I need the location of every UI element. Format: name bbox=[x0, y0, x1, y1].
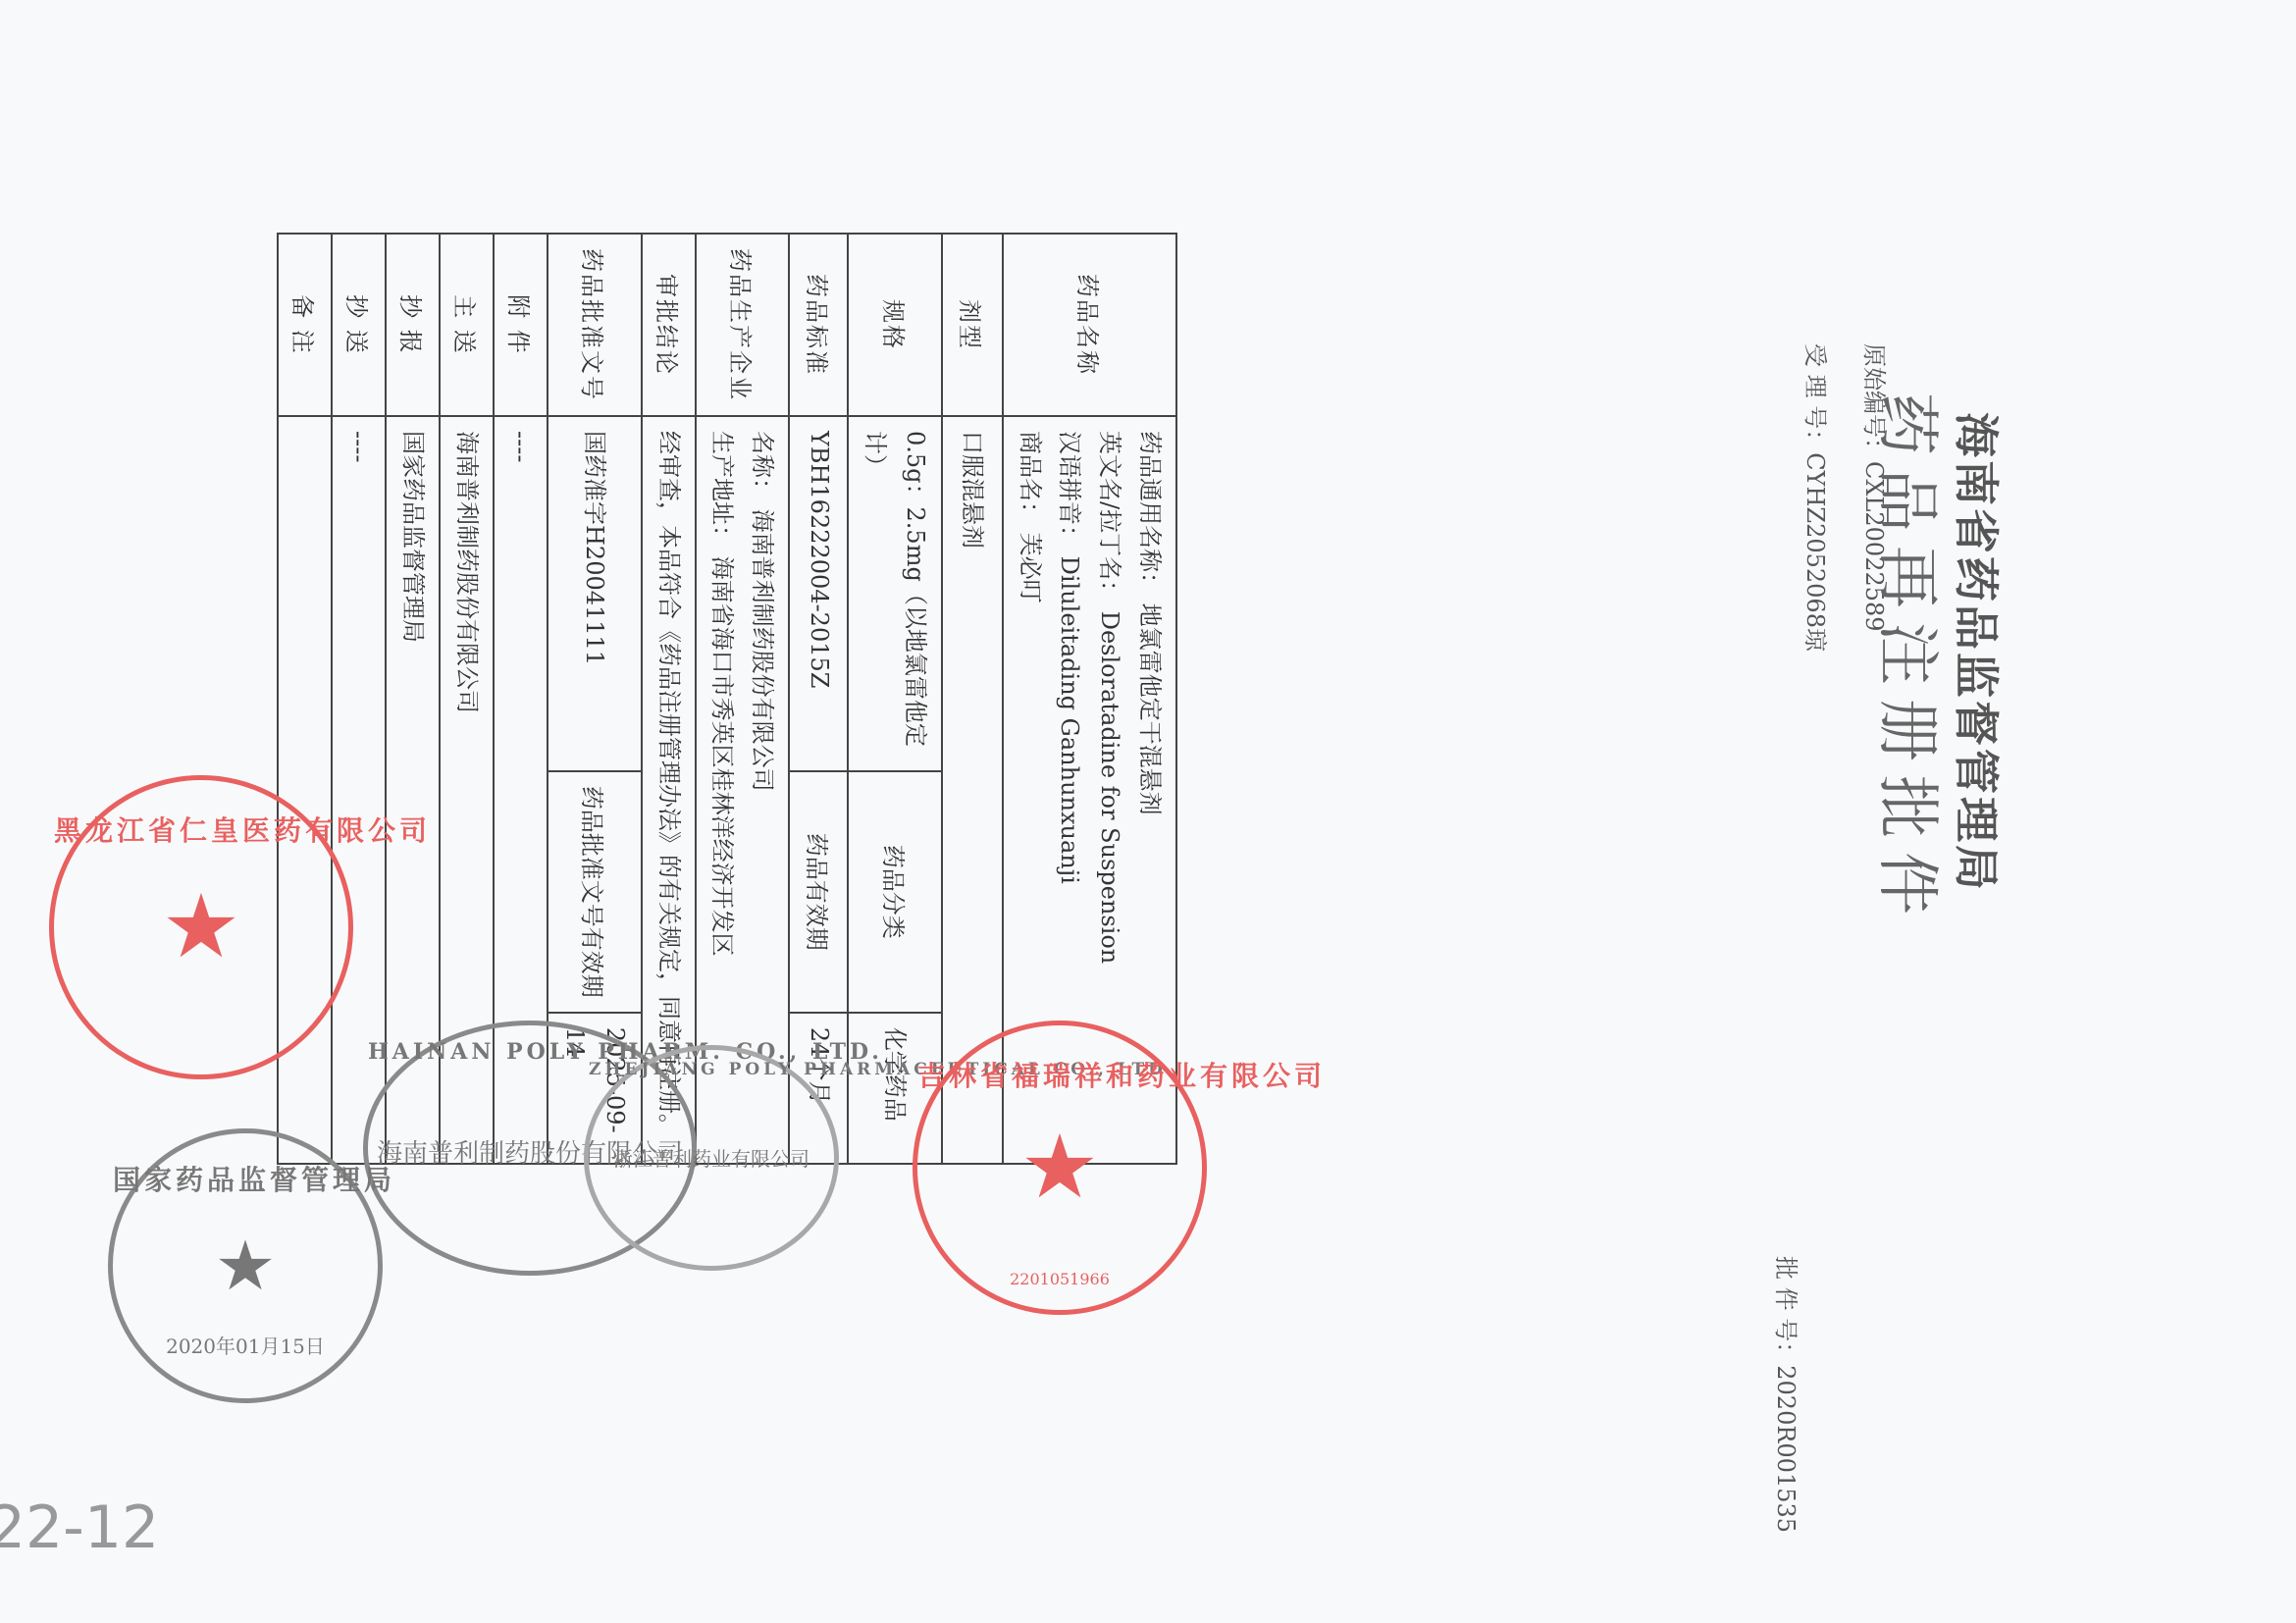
label-category: 药品分类 bbox=[848, 771, 942, 1013]
row-conclusion: 审批结论 经审查，本品符合《药品注册管理办法》的有关规定，同意再注册。 bbox=[642, 234, 696, 1164]
star-icon: ★ bbox=[1020, 1124, 1100, 1212]
heilongjiang-company-seal: 黑龙江省仁皇医药有限公司 ★ bbox=[49, 775, 353, 1079]
label-remarks: 备 注 bbox=[278, 234, 332, 416]
label-conclusion: 审批结论 bbox=[642, 234, 696, 416]
document-title: 药品再注册批件 bbox=[1867, 393, 1957, 928]
row-standard: 药品标准 YBH16222004-2015Z 药品有效期 24个月 bbox=[789, 234, 848, 1164]
row-specification: 规格 0.5g：2.5mg（以地氯雷他定计） 药品分类 化学药品 bbox=[848, 234, 942, 1164]
star-icon: ★ bbox=[162, 883, 241, 971]
approval-number-value: 国药准字H20041111 bbox=[548, 416, 642, 771]
authority-seal: 国家药品监督管理局 ★ 2020年01月15日 bbox=[108, 1128, 383, 1403]
label-validity: 药品有效期 bbox=[789, 771, 848, 1013]
label-recipient: 主 送 bbox=[440, 234, 494, 416]
acceptance-number: 受 理 号：CYHZ2052068琼 bbox=[1800, 343, 1835, 652]
handwritten-annotation: 22-12 bbox=[0, 1493, 159, 1562]
row-cc: 抄 报 国家药品监督管理局 bbox=[386, 234, 440, 1164]
zhejiang-poly-company-seal: ZHEJIANG POLY PHARMACEUTICAL CO., LTD. 浙… bbox=[584, 1045, 839, 1271]
row-dosage-form: 剂型 口服混悬剂 bbox=[942, 234, 1003, 1164]
label-specification: 规格 bbox=[848, 234, 942, 416]
label-dosage-form: 剂型 bbox=[942, 234, 1003, 416]
approval-number: 批 件 号：2020R001535 bbox=[1771, 1256, 1805, 1533]
row-manufacturer: 药品生产企业 名称： 海南普利制药股份有限公司 生产地址： 海南省海口市秀英区桂… bbox=[696, 234, 790, 1164]
label-approval-expiry: 药品批准文号有效期 bbox=[548, 771, 642, 1013]
document-page: 原始编号：CXL20022589 受 理 号：CYHZ2052068琼 海南省药… bbox=[0, 0, 2296, 1623]
label-manufacturer: 药品生产企业 bbox=[696, 234, 790, 416]
label-approval-number: 药品批准文号 bbox=[548, 234, 642, 416]
row-copy-to: 抄 送 ---- bbox=[332, 234, 386, 1164]
label-standard: 药品标准 bbox=[789, 234, 848, 416]
label-cc: 抄 报 bbox=[386, 234, 440, 416]
standard-value: YBH16222004-2015Z bbox=[789, 416, 848, 771]
label-drug-name: 药品名称 bbox=[1003, 234, 1176, 416]
specification-value: 0.5g：2.5mg（以地氯雷他定计） bbox=[848, 416, 942, 771]
label-attachment: 附 件 bbox=[494, 234, 548, 416]
jilin-company-seal: 吉林省福瑞祥和药业有限公司 ★ 2201051966 bbox=[913, 1021, 1207, 1315]
label-copy-to: 抄 送 bbox=[332, 234, 386, 416]
star-icon: ★ bbox=[215, 1231, 277, 1300]
